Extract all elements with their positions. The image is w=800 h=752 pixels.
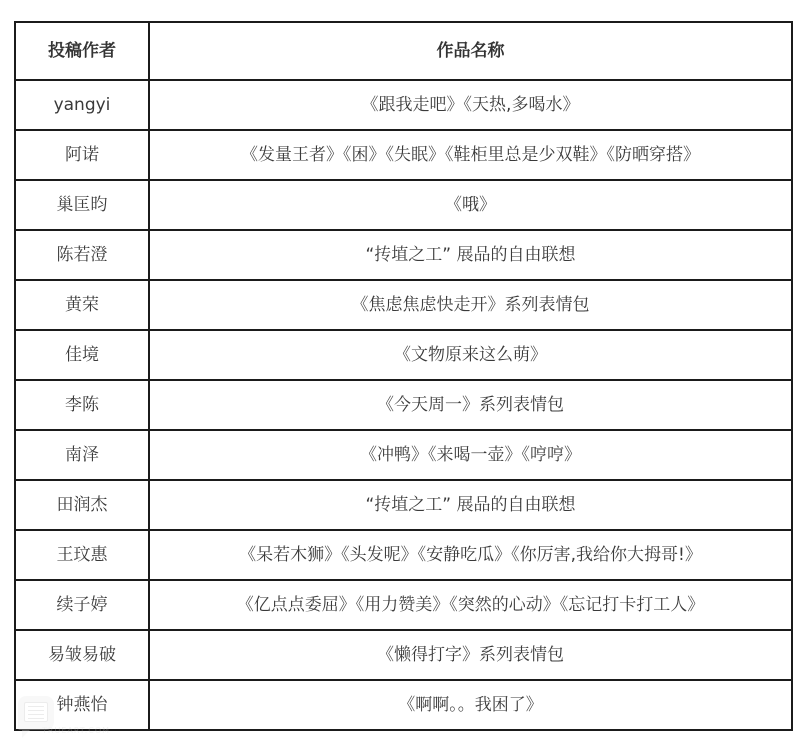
table-row: 黄荣《焦虑焦虑快走开》系列表情包 [15,280,792,330]
author-cell: 黄荣 [15,280,149,330]
author-cell: 续子婷 [15,580,149,630]
table-row: 田润杰“抟埴之工” 展品的自由联想 [15,480,792,530]
table-row: 南泽《冲鸭》《来喝一壶》《哼哼》 [15,430,792,480]
work-cell: 《文物原来这么萌》 [149,330,792,380]
table-row: 钟燕怡《啊啊。。我困了》 [15,680,792,730]
table-row: yangyi《跟我走吧》《天热,多喝水》 [15,80,792,130]
page: 投稿作者 作品名称 yangyi《跟我走吧》《天热,多喝水》阿诺《发量王者》《困… [0,0,800,752]
table-body: yangyi《跟我走吧》《天热,多喝水》阿诺《发量王者》《困》《失眠》《鞋柜里总… [15,80,792,730]
table-row: 陈若澄“抟埴之工” 展品的自由联想 [15,230,792,280]
author-cell: 南泽 [15,430,149,480]
work-cell: “抟埴之工” 展品的自由联想 [149,480,792,530]
author-cell: 易皱易破 [15,630,149,680]
submissions-table: 投稿作者 作品名称 yangyi《跟我走吧》《天热,多喝水》阿诺《发量王者》《困… [14,21,793,731]
work-cell: 《哦》 [149,180,792,230]
author-column-header: 投稿作者 [15,22,149,80]
author-cell: 巢匡昀 [15,180,149,230]
author-cell: yangyi [15,80,149,130]
work-cell: 《焦虑焦虑快走开》系列表情包 [149,280,792,330]
work-cell: 《亿点点委屈》《用力赞美》《突然的心动》《忘记打卡打工人》 [149,580,792,630]
table-row: 阿诺《发量王者》《困》《失眠》《鞋柜里总是少双鞋》《防晒穿搭》 [15,130,792,180]
header-row: 投稿作者 作品名称 [15,22,792,80]
work-cell: 《发量王者》《困》《失眠》《鞋柜里总是少双鞋》《防晒穿搭》 [149,130,792,180]
table-header: 投稿作者 作品名称 [15,22,792,80]
table-row: 续子婷《亿点点委屈》《用力赞美》《突然的心动》《忘记打卡打工人》 [15,580,792,630]
author-cell: 钟燕怡 [15,680,149,730]
author-cell: 陈若澄 [15,230,149,280]
table-row: 巢匡昀《哦》 [15,180,792,230]
work-cell: 《今天周一》系列表情包 [149,380,792,430]
work-cell: 《啊啊。。我困了》 [149,680,792,730]
work-cell: 《冲鸭》《来喝一壶》《哼哼》 [149,430,792,480]
work-cell: 《跟我走吧》《天热,多喝水》 [149,80,792,130]
table-row: 李陈《今天周一》系列表情包 [15,380,792,430]
table-row: 易皱易破《懒得打字》系列表情包 [15,630,792,680]
work-cell: 《懒得打字》系列表情包 [149,630,792,680]
author-cell: 王玟惠 [15,530,149,580]
work-cell: 《呆若木狮》《头发呢》《安静吃瓜》《你厉害,我给你大拇哥!》 [149,530,792,580]
author-cell: 李陈 [15,380,149,430]
table-row: 王玟惠《呆若木狮》《头发呢》《安静吃瓜》《你厉害,我给你大拇哥!》 [15,530,792,580]
author-cell: 田润杰 [15,480,149,530]
work-column-header: 作品名称 [149,22,792,80]
author-cell: 佳境 [15,330,149,380]
table-row: 佳境《文物原来这么萌》 [15,330,792,380]
author-cell: 阿诺 [15,130,149,180]
work-cell: “抟埴之工” 展品的自由联想 [149,230,792,280]
